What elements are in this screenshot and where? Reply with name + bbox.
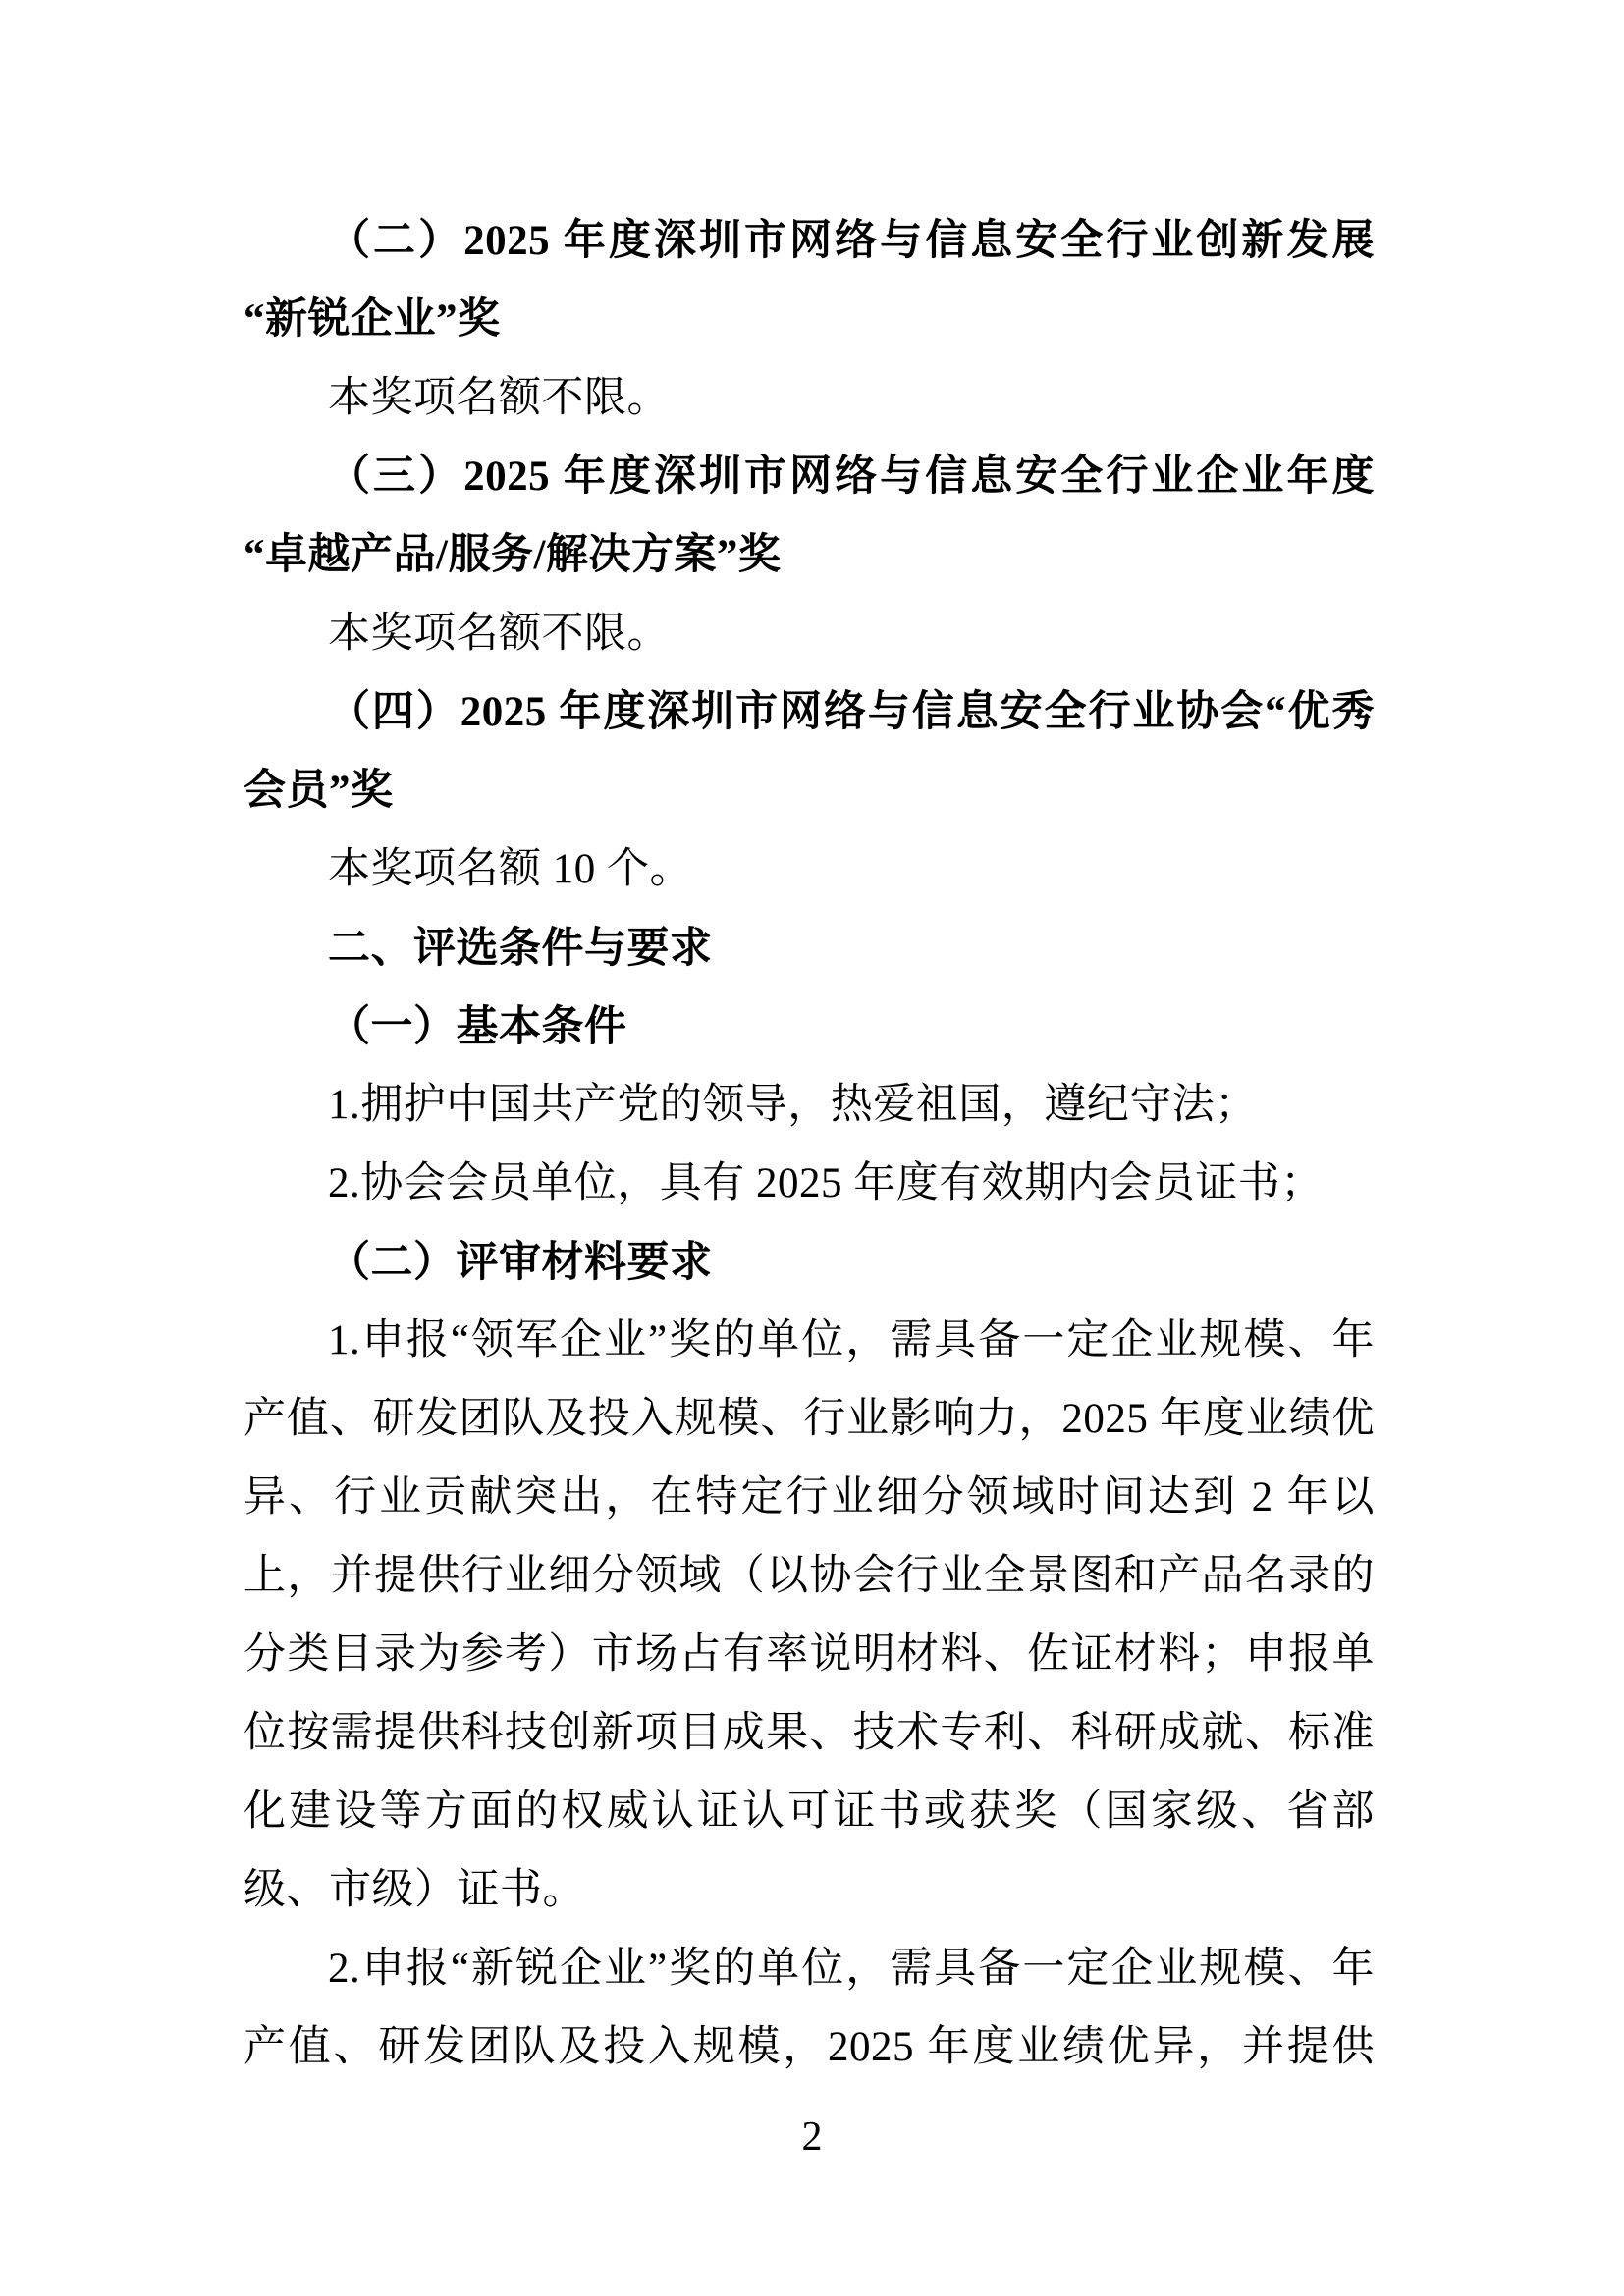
subsection-title-pingshen-cailiao: （二）评审材料要求 <box>244 1223 1375 1302</box>
award-xinrui-quota: 本奖项名额不限。 <box>244 359 1375 438</box>
heading-award-xinrui: （二）2025 年度深圳市网络与信息安全行业创新发展“新锐企业”奖 <box>244 202 1375 359</box>
subsection-title-jiben-tiaojian: （一）基本条件 <box>244 988 1375 1066</box>
heading-award-zhuoyue: （三）2025 年度深圳市网络与信息安全行业企业年度“卓越产品/服务/解决方案”… <box>244 438 1375 595</box>
section-title-pingxuan-tiaojian: 二、评选条件与要求 <box>244 909 1375 988</box>
heading-award-youxiu-huiyuan: （四）2025 年度深圳市网络与信息安全行业协会“优秀会员”奖 <box>244 673 1375 830</box>
document-body: （二）2025 年度深圳市网络与信息安全行业创新发展“新锐企业”奖 本奖项名额不… <box>244 202 1375 2087</box>
award-youxiu-huiyuan-quota: 本奖项名额 10 个。 <box>244 830 1375 909</box>
basic-condition-item-1: 1.拥护中国共产党的领导，热爱祖国，遵纪守法； <box>244 1066 1375 1145</box>
document-page: （二）2025 年度深圳市网络与信息安全行业创新发展“新锐企业”奖 本奖项名额不… <box>0 0 1624 2296</box>
award-zhuoyue-quota: 本奖项名额不限。 <box>244 595 1375 673</box>
basic-condition-item-2: 2.协会会员单位，具有 2025 年度有效期内会员证书； <box>244 1145 1375 1223</box>
requirement-item-lingjun: 1.申报“领军企业”奖的单位，需具备一定企业规模、年产值、研发团队及投入规模、行… <box>244 1302 1375 1930</box>
requirement-item-xinrui: 2.申报“新锐企业”奖的单位，需具备一定企业规模、年产值、研发团队及投入规模，2… <box>244 1930 1375 2087</box>
page-number: 2 <box>0 2112 1624 2162</box>
